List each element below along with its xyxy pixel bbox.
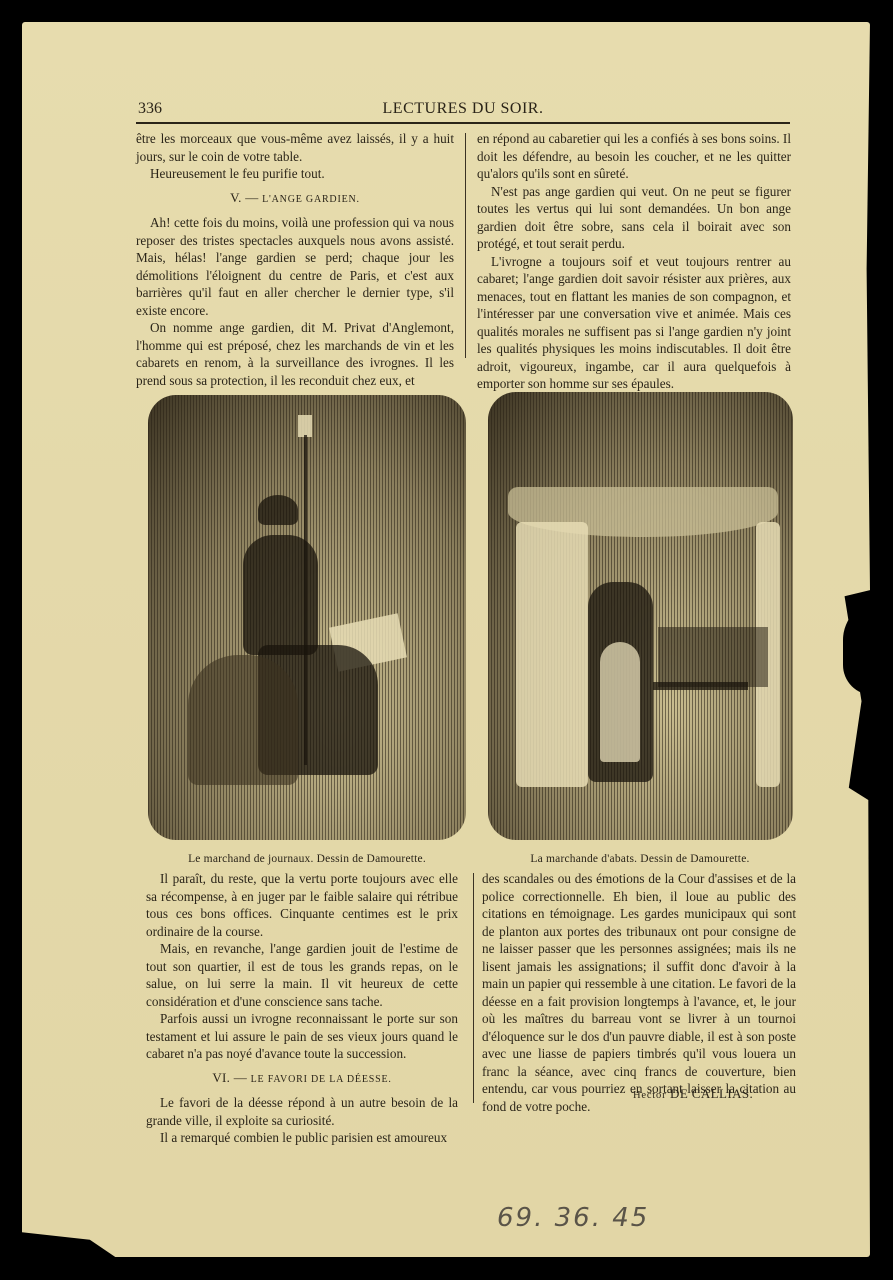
lantern-icon (298, 415, 312, 437)
running-title: LECTURES DU SOIR. (136, 100, 790, 118)
page-header: 336 LECTURES DU SOIR. (136, 100, 790, 124)
inventory-number: 69. 36. 45 (497, 1203, 649, 1233)
paragraph: N'est pas ange gardien qui veut. On ne p… (477, 183, 791, 253)
paragraph: Ah! cette fois du moins, voilà une profe… (136, 214, 454, 319)
stove-shape (658, 627, 768, 687)
paragraph: Le favori de la déesse répond à un autre… (146, 1094, 458, 1129)
paragraph: On nomme ange gardien, dit M. Privat d'A… (136, 319, 454, 389)
paragraph: L'ivrogne a toujours soif et veut toujou… (477, 253, 791, 393)
paragraph: Heureusement le feu purifie tout. (136, 165, 454, 183)
curtain-left (516, 522, 588, 787)
torn-edge (843, 600, 893, 695)
paragraph: Il a remarqué combien le public parisien… (146, 1129, 458, 1147)
column-divider (473, 873, 474, 1103)
column-bottom-left: Il paraît, du reste, que la vertu porte … (146, 870, 458, 1147)
author-signature: Hector DE CALLIAS. (633, 1086, 753, 1102)
apron-shape (600, 642, 640, 762)
illustration-offal-seller (488, 392, 793, 840)
paragraph: des scandales ou des émotions de la Cour… (482, 870, 796, 1115)
section-heading-vi: VI. — LE FAVORI DE LA DÉESSE. (146, 1069, 458, 1089)
paragraph: en répond au cabaretier qui les a confié… (477, 130, 791, 183)
column-top-right: en répond au cabaretier qui les a confié… (477, 130, 791, 393)
paragraph: Mais, en revanche, l'ange gardien jouit … (146, 940, 458, 1010)
sack-shape (188, 655, 298, 785)
table-shape (653, 682, 748, 690)
illustration-newspaper-seller (148, 395, 466, 840)
column-bottom-right: des scandales ou des émotions de la Cour… (482, 870, 796, 1115)
caption-right: La marchande d'abats. Dessin de Damouret… (480, 853, 800, 865)
section-heading-v: V. — L'ANGE GARDIEN. (136, 189, 454, 209)
paragraph: Parfois aussi un ivrogne reconnaissant l… (146, 1010, 458, 1063)
paragraph: être les morceaux que vous-même avez lai… (136, 130, 454, 165)
paragraph: Il paraît, du reste, que la vertu porte … (146, 870, 458, 940)
torso-shape (243, 535, 318, 655)
caption-left: Le marchand de journaux. Dessin de Damou… (148, 853, 466, 865)
column-top-left: être les morceaux que vous-même avez lai… (136, 130, 454, 389)
column-divider (465, 133, 466, 358)
cap-shape (258, 495, 298, 525)
